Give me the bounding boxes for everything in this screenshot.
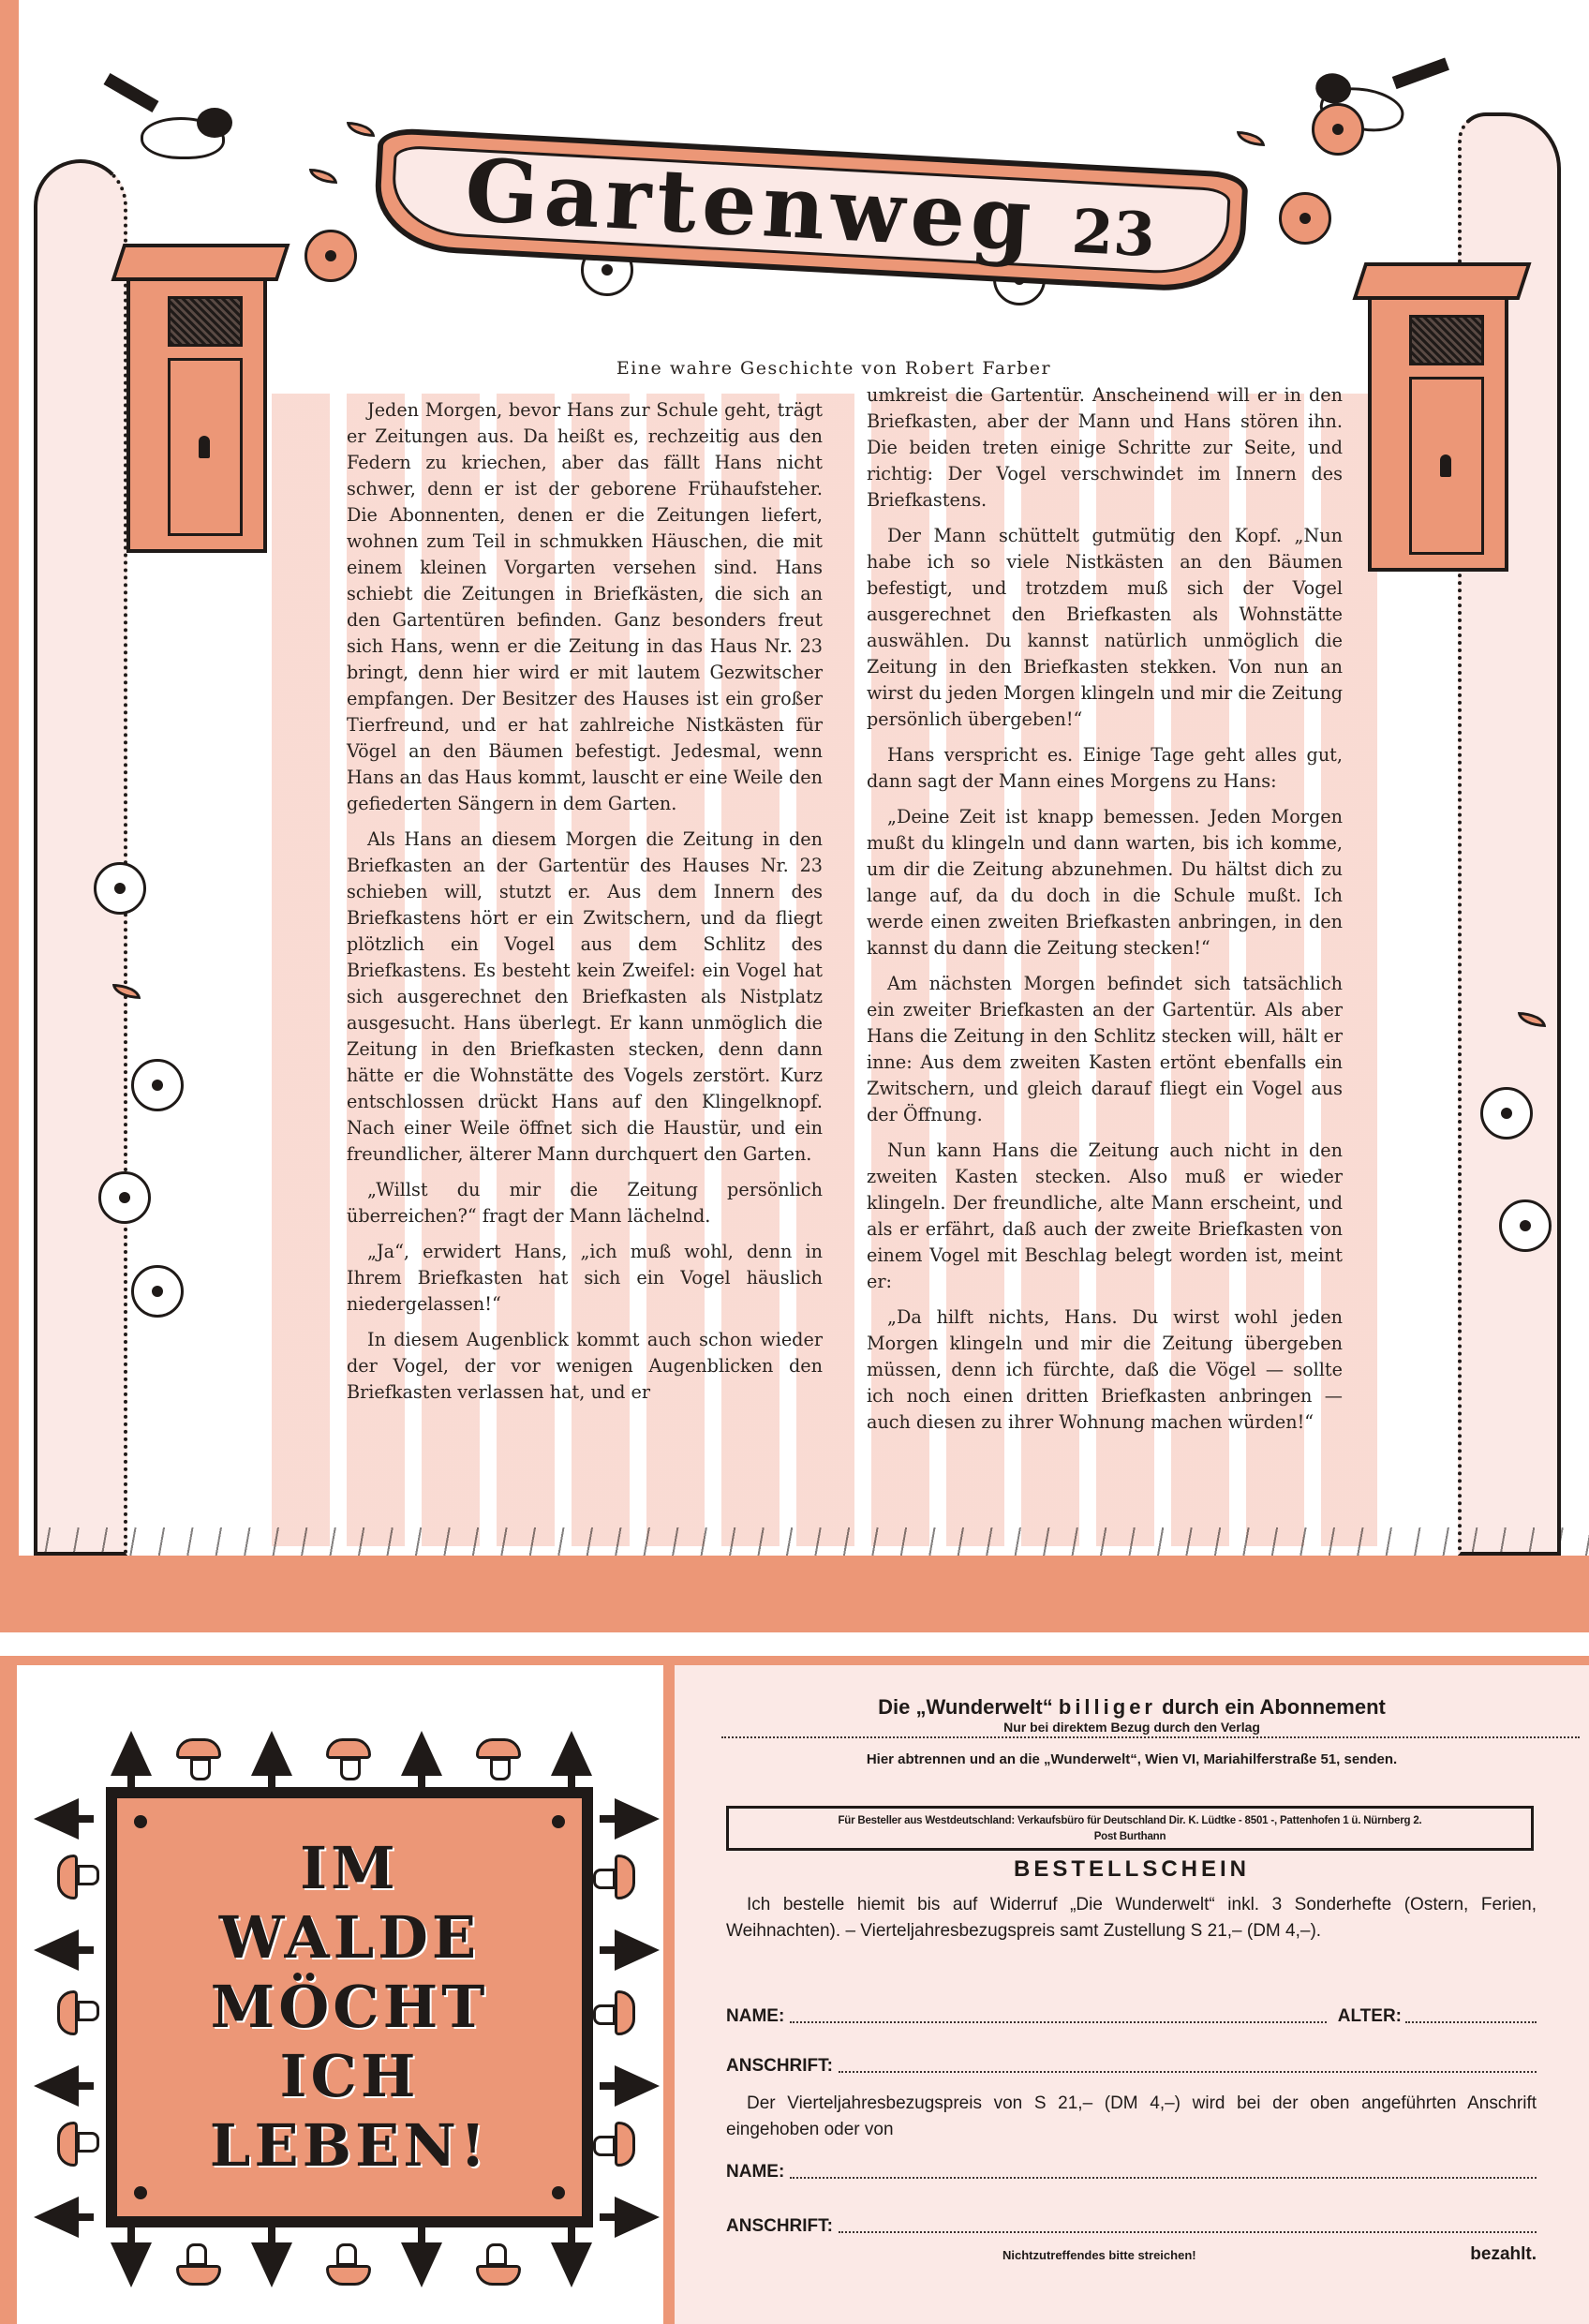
fir-tree-icon [251, 2242, 292, 2287]
white-flower-icon [131, 1059, 184, 1111]
mushroom-icon [615, 2122, 635, 2167]
headline-part: durch ein Abonnement [1162, 1695, 1386, 1719]
mushroom-icon [326, 1738, 371, 1759]
rose-flower-icon [1279, 192, 1331, 245]
leaf-icon [347, 122, 375, 137]
age-field[interactable] [1405, 2004, 1537, 2023]
form-headline: Die „Wunderwelt“ billiger durch ein Abon… [675, 1695, 1589, 1720]
story-column-right: umkreist die Gartentür. Anscheinend will… [867, 382, 1343, 1445]
payer-name-row: NAME: [726, 2160, 1537, 2182]
mushroom-icon [57, 2122, 78, 2167]
bird-icon [122, 103, 234, 159]
poster-line: LEBEN! [210, 2111, 489, 2181]
fir-tree-icon [34, 2197, 79, 2238]
poster-line: ICH [280, 2042, 420, 2111]
fir-tree-icon [401, 2242, 442, 2287]
corner-dot-icon [134, 2186, 147, 2199]
fir-tree-icon [251, 1731, 292, 1776]
poster-line: MÖCHT [211, 1973, 489, 2042]
payer-name-label: NAME: [726, 2162, 790, 2182]
paragraph: Am nächsten Morgen befindet sich tatsäch… [867, 971, 1343, 1128]
west-germany-note-box: Für Besteller aus Westdeutschland: Verka… [726, 1806, 1534, 1851]
mailbox-illustration-left [126, 272, 267, 553]
leaf-icon [309, 169, 337, 184]
west-germany-note: Für Besteller aus Westdeutschland: Verka… [729, 1813, 1531, 1829]
fir-tree-icon [34, 2065, 79, 2107]
fir-tree-icon [34, 1929, 79, 1971]
paragraph: Nun kann Hans die Zeitung auch nicht in … [867, 1138, 1343, 1295]
salmon-band [0, 1556, 1589, 1632]
corner-dot-icon [552, 2186, 565, 2199]
subscription-order-form: Die „Wunderwelt“ billiger durch ein Abon… [675, 1665, 1589, 2324]
story-byline: Eine wahre Geschichte von Robert Farber [553, 358, 1115, 379]
strike-note: Nichtzutreffendes bitte streichen! [1002, 2248, 1196, 2262]
address-row: ANSCHRIFT: [726, 2054, 1537, 2077]
payer-address-label: ANSCHRIFT: [726, 2216, 839, 2237]
fir-tree-icon [615, 1929, 660, 1971]
fir-tree-icon [551, 1731, 592, 1776]
payer-address-row: ANSCHRIFT: [726, 2214, 1537, 2237]
name-label: NAME: [726, 2006, 790, 2027]
cut-instruction: Hier abtrennen und an die „Wunderwelt“, … [675, 1751, 1589, 1767]
corner-dot-icon [552, 1815, 565, 1828]
mushroom-icon [615, 1855, 635, 1899]
keyhole-icon [199, 436, 210, 458]
white-flower-icon [1499, 1199, 1552, 1252]
white-flower-icon [98, 1171, 151, 1224]
paragraph: Jeden Morgen, bevor Hans zur Schule geht… [347, 397, 823, 817]
address-field[interactable] [839, 2054, 1537, 2073]
story-section: Gartenweg 23 Eine wahre Geschichte von R… [19, 0, 1589, 1556]
age-label: ALTER: [1327, 2006, 1405, 2027]
paragraph: „Willst du mir die Zeitung persönlich üb… [347, 1177, 823, 1229]
headline-part: Die „Wunderwelt“ [878, 1695, 1053, 1719]
mushroom-icon [476, 2265, 521, 2286]
fir-tree-icon [111, 2242, 152, 2287]
name-field[interactable] [790, 2004, 1326, 2023]
salmon-vertical-divider [663, 1656, 675, 2324]
white-flower-icon [131, 1265, 184, 1318]
mushroom-icon [57, 1855, 78, 1899]
stone-pillar-left [34, 159, 127, 1556]
leaf-icon [1237, 131, 1265, 146]
white-strip-divider [17, 1633, 1589, 1656]
mailbox-illustration-right [1368, 290, 1508, 572]
poster-line: WALDE [219, 1903, 480, 1973]
mushroom-icon [476, 1738, 521, 1759]
order-text: Ich bestelle hiemit bis auf Widerruf „Di… [726, 1892, 1537, 1944]
mushroom-icon [326, 2265, 371, 2286]
paragraph: Hans verspricht es. Einige Tage geht all… [867, 742, 1343, 795]
name-age-row: NAME: ALTER: [726, 2004, 1537, 2027]
fir-tree-icon [615, 1798, 660, 1840]
fir-tree-icon [34, 1798, 79, 1840]
keyhole-icon [1440, 454, 1451, 477]
salmon-left-border-lower [0, 1656, 17, 2324]
headline-emphasis: billiger [1059, 1695, 1156, 1719]
poster-line: IM [300, 1834, 399, 1903]
fir-tree-icon [615, 2197, 660, 2238]
cut-line[interactable] [721, 1736, 1580, 1738]
mushroom-icon [615, 1990, 635, 2035]
paragraph: „Da hilft nichts, Hans. Du wirst wohl je… [867, 1304, 1343, 1436]
fir-tree-icon [615, 2065, 660, 2107]
mushroom-icon [176, 1738, 221, 1759]
fir-tree-icon [401, 1731, 442, 1776]
payer-name-field[interactable] [790, 2160, 1537, 2179]
paragraph: umkreist die Gartentür. Anscheinend will… [867, 382, 1343, 514]
white-flower-icon [1480, 1087, 1533, 1140]
paragraph: „Deine Zeit ist knapp bemessen. Jeden Mo… [867, 804, 1343, 961]
story-column-left: Jeden Morgen, bevor Hans zur Schule geht… [347, 397, 823, 1415]
paragraph: Der Mann schüttelt gutmütig den Kopf. „N… [867, 523, 1343, 733]
poster-panel: IM WALDE MÖCHT ICH LEBEN! [117, 1798, 582, 2216]
west-germany-note-post: Post Burthann [729, 1829, 1531, 1845]
rose-flower-icon [304, 230, 357, 282]
salmon-left-border [0, 0, 19, 1612]
poster-frame: IM WALDE MÖCHT ICH LEBEN! [106, 1787, 593, 2227]
corner-dot-icon [134, 1815, 147, 1828]
paragraph: Als Hans an diesem Morgen die Zeitung in… [347, 827, 823, 1168]
fir-tree-icon [551, 2242, 592, 2287]
paid-label: bezahlt. [1470, 2244, 1537, 2265]
form-subheadline: Nur bei direktem Bezug durch den Verlag [675, 1720, 1589, 1735]
mushroom-icon [176, 2265, 221, 2286]
form-title: BESTELLSCHEIN [675, 1856, 1589, 1883]
payer-address-field[interactable] [839, 2214, 1537, 2233]
address-label: ANSCHRIFT: [726, 2056, 839, 2077]
paragraph: „Ja“, erwidert Hans, „ich muß wohl, denn… [347, 1239, 823, 1318]
payment-text: Der Vierteljahresbezugspreis von S 21,– … [726, 2091, 1537, 2143]
paragraph: In diesem Augenblick kommt auch schon wi… [347, 1327, 823, 1406]
story-title-number: 23 [1070, 197, 1157, 272]
fir-tree-icon [111, 1731, 152, 1776]
rose-flower-icon [1312, 103, 1364, 156]
salmon-thin-divider [0, 1656, 1589, 1665]
grass-border [37, 1527, 1589, 1557]
forest-poster: IM WALDE MÖCHT ICH LEBEN! [17, 1665, 663, 2324]
white-flower-icon [94, 862, 146, 915]
mushroom-icon [57, 1990, 78, 2035]
